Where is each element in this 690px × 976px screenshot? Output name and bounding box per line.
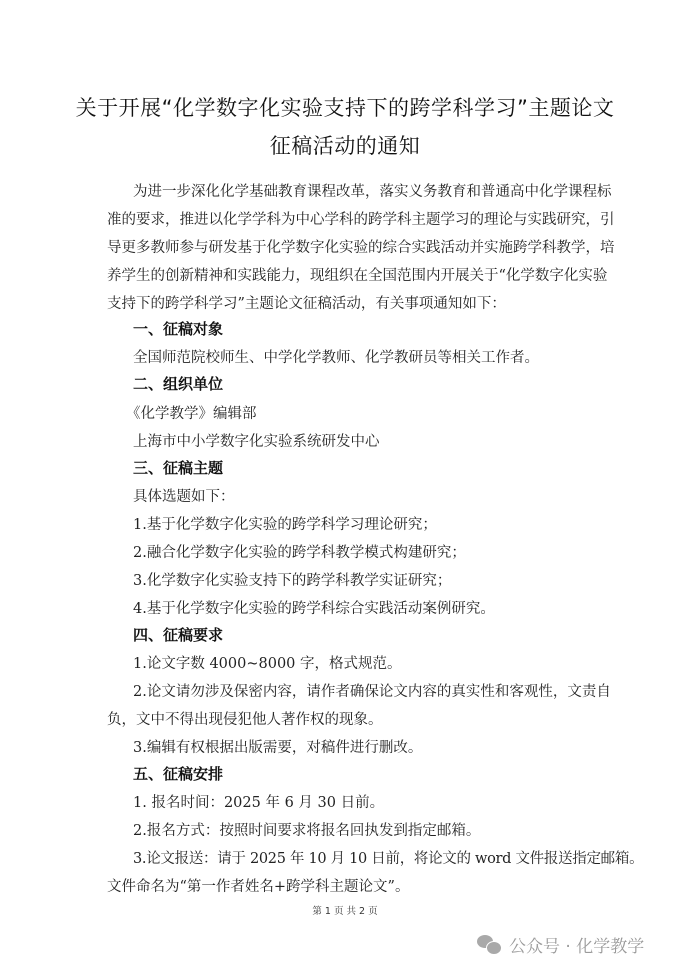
- requirement-1: 1.论文字数 4000~8000 字，格式规范。: [133, 652, 402, 673]
- schedule-3-line2: 文件命名为“第一作者姓名+跨学科主题论文”。: [107, 875, 409, 896]
- topics-intro: 具体选题如下：: [133, 485, 235, 506]
- topic-item-1: 1.基于化学数字化实验的跨学科学习理论研究；: [133, 513, 437, 534]
- topic-item-2: 2.融合化学数字化实验的跨学科教学模式构建研究；: [133, 541, 466, 562]
- section-heading-schedule: 五、征稿安排: [133, 763, 223, 784]
- organizer-1: 《化学教学》编辑部: [126, 402, 257, 423]
- topic-item-4: 4.基于化学数字化实验的跨学科综合实践活动案例研究。: [133, 597, 495, 618]
- document-page: 关于开展“化学数字化实验支持下的跨学科学习”主题论文 征稿活动的通知 为进一步深…: [0, 0, 690, 976]
- section-targets-text: 全国师范院校师生、中学化学教师、化学教研员等相关工作者。: [133, 346, 539, 367]
- requirement-2-line1: 2.论文请勿涉及保密内容，请作者确保论文内容的真实性和客观性，文责自: [133, 680, 611, 701]
- requirement-3: 3.编辑有权根据出版需要，对稿件进行删改。: [133, 736, 422, 757]
- section-heading-topics: 三、征稿主题: [133, 457, 223, 478]
- intro-line-5: 支持下的跨学科学习”主题论文征稿活动，有关事项通知如下：: [107, 292, 506, 313]
- document-title-line2: 征稿活动的通知: [0, 130, 690, 160]
- watermark: 公众号 · 化学教学: [477, 932, 644, 957]
- intro-line-2: 准的要求，推进以化学学科为中心学科的跨学科主题学习的理论与实践研究，引: [107, 208, 615, 229]
- watermark-text: 公众号 · 化学教学: [509, 932, 644, 957]
- section-heading-organizers: 二、组织单位: [133, 373, 223, 394]
- intro-line-3: 导更多教师参与研发基于化学数字化实验的综合实践活动并实施跨学科教学，培: [107, 236, 615, 257]
- topic-item-3: 3.化学数字化实验支持下的跨学科教学实证研究；: [133, 569, 451, 590]
- schedule-2: 2.报名方式：按照时间要求将报名回执发到指定邮箱。: [133, 819, 480, 840]
- page-number: 第 1 页 共 2 页: [0, 903, 690, 917]
- schedule-3-line1: 3.论文报送：请于 2025 年 10 月 10 日前，将论文的 word 文件…: [133, 847, 643, 868]
- wechat-icon: [477, 935, 503, 955]
- schedule-1: 1. 报名时间：2025 年 6 月 30 日前。: [133, 791, 384, 812]
- organizer-2: 上海市中小学数字化实验系统研发中心: [133, 430, 380, 451]
- section-heading-targets: 一、征稿对象: [133, 318, 223, 339]
- section-heading-requirements: 四、征稿要求: [133, 624, 223, 645]
- intro-line-4: 养学生的创新精神和实践能力，现组织在全国范围内开展关于“化学数字化实验: [107, 264, 607, 285]
- document-title-line1: 关于开展“化学数字化实验支持下的跨学科学习”主题论文: [0, 92, 690, 122]
- requirement-2-line2: 负，文中不得出现侵犯他人著作权的现象。: [107, 708, 383, 729]
- intro-line-1: 为进一步深化化学基础教育课程改革，落实义务教育和普通高中化学课程标: [133, 180, 612, 201]
